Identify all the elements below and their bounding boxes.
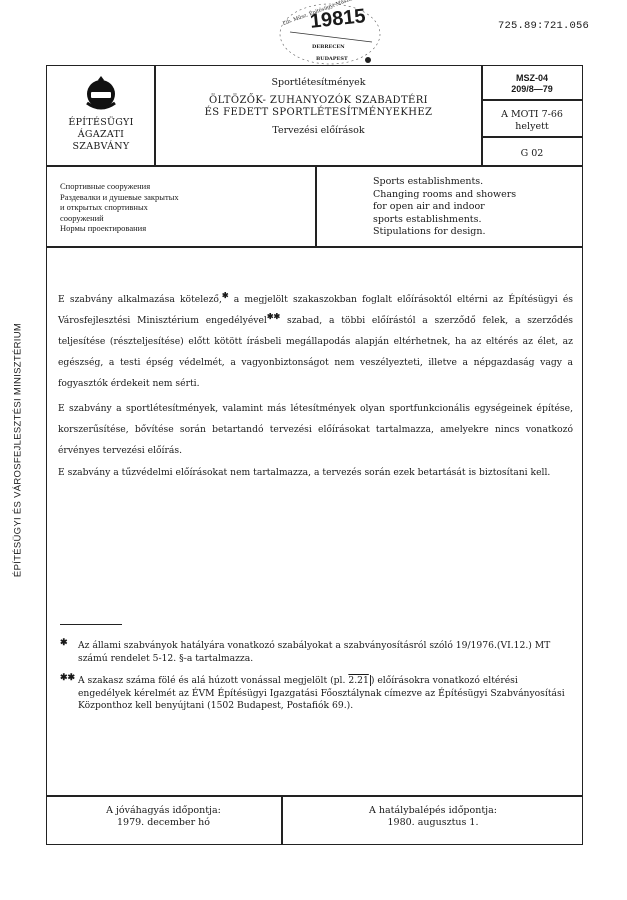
side-label-text: ÉPÍTÉSÜGYI ÉS VÁROSFEJLESZTÉSI MINISZTÉR… [13,323,24,577]
dates-footer: A jóváhagyás időpontja: 1979. december h… [46,795,583,845]
approval-label: A jóváhagyás időpontja: [46,805,281,817]
effective-date-cell: A hatálybalépés időpontja: 1980. auguszt… [283,795,583,845]
ministry-side-label: ÉPÍTÉSÜGYI ÉS VÁROSFEJLESZTÉSI MINISZTÉR… [3,300,33,600]
p3-text: E szabvány a tűzvédelmi előírásokat nem … [58,462,573,483]
issuer-block: ÉPÍTÉSÜGYI ÁGAZATI SZABVÁNY [48,67,154,163]
paragraph-scope: E szabvány a sportlétesítmények, valamin… [58,398,573,461]
approval-date: 1979. december hó [46,817,281,829]
en-line: for open air and indoor [373,201,516,214]
en-line: Stipulations for design. [373,226,516,239]
replaces-note: A MOTI 7-66 helyett [483,109,581,133]
effective-label: A hatálybalépés időpontja: [283,805,583,817]
section-number-example: 2.21 [348,675,370,686]
ru-line: сооружений [60,213,179,224]
footnote-marker-2[interactable]: ✱✱ [267,312,280,321]
standard-title: ÖLTÖZŐK- ZUHANYOZÓK SZABADTÉRI ÉS FEDETT… [156,95,481,119]
fn2-text: A szakasz száma fölé és alá húzott vonás… [78,675,348,686]
footnote-2-text: A szakasz száma fölé és alá húzott vonás… [78,675,570,713]
standard-number: MSZ-04 209/8—79 [483,73,581,95]
title-line-2: ÉS FEDETT SPORTLÉTESÍTMÉNYEKHEZ [156,107,481,119]
stamp-city-2: BUDAPEST [316,56,348,62]
standard-subtitle: Tervezési előírások [156,125,481,136]
stamp-city: DEBRECEN [312,44,345,50]
issuer-line-3: SZABVÁNY [48,141,154,153]
footnote-divider [60,624,122,625]
issuer-line-1: ÉPÍTÉSÜGYI [48,117,154,129]
footnote-1-text: Az állami szabványok hatályára vonatkozó… [78,640,570,665]
approval-date-cell: A jóváhagyás időpontja: 1979. december h… [46,795,281,845]
group-code: G 02 [483,148,581,159]
en-line: Sports establishments. [373,176,516,189]
en-line: sports establishments. [373,214,516,227]
paragraph-fire-safety: E szabvány a tűzvédelmi előírásokat nem … [58,462,573,483]
registration-stamp: 19815 Lib. Műsz. Építésügyi Műszaki Főis… [272,2,392,68]
ru-line: Нормы проектирования [60,223,179,234]
standard-category: Sportlétesítmények [156,77,481,88]
paragraph-applicability: E szabvány alkalmazása kötelező,✱ a megj… [58,289,573,394]
p1-text: szabad, a többi előírástól a szerződő fe… [58,315,573,389]
ru-line: и открытых спортивных [60,202,179,213]
footnote-2-marker: ✱✱ [60,671,75,684]
ru-line: Раздевалки и душевые закрытых [60,192,179,203]
english-title: Sports establishments. Changing rooms an… [373,176,516,239]
replaces-line-2: helyett [483,121,581,133]
footnote-1-marker: ✱ [60,636,68,649]
issuer-line-2: ÁGAZATI [48,129,154,141]
standard-number-line-2: 209/8—79 [483,84,581,95]
footnote-1: ✱ Az állami szabványok hatályára vonatko… [60,640,570,665]
ru-line: Спортивные сооружения [60,181,179,192]
footnote-marker-1[interactable]: ✱ [222,291,229,300]
udc-code: 725.89:721.056 [498,20,589,32]
standard-title-block: Sportlétesítmények ÖLTÖZŐK- ZUHANYOZÓK S… [156,67,481,136]
en-line: Changing rooms and showers [373,189,516,202]
p1-text: E szabvány alkalmazása kötelező, [58,294,222,305]
standard-number-line-1: MSZ-04 [483,73,581,84]
russian-title: Спортивные сооружения Раздевалки и душев… [60,181,179,234]
effective-date: 1980. augusztus 1. [283,817,583,829]
footnote-2: ✱✱ A szakasz száma fölé és alá húzott vo… [60,675,570,713]
p2-text: E szabvány a sportlétesítmények, valamin… [58,398,573,461]
hungarian-coat-of-arms-icon [84,75,118,111]
standard-code-block: MSZ-04 209/8—79 A MOTI 7-66 helyett G 02 [483,67,581,159]
title-line-1: ÖLTÖZŐK- ZUHANYOZÓK SZABADTÉRI [156,95,481,107]
replaces-line-1: A MOTI 7-66 [483,109,581,121]
